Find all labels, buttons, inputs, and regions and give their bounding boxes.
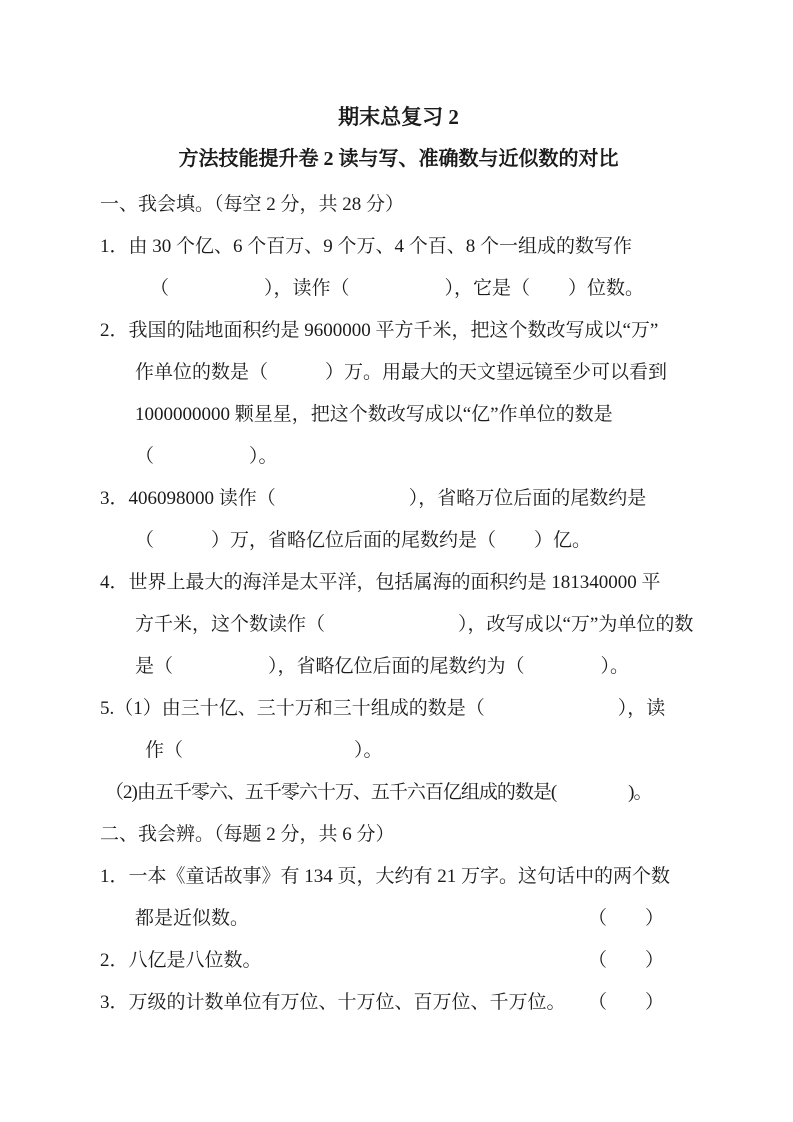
fill-q5-line-1: 5.（1）由三十亿、三十万和三十组成的数是（ ），读 xyxy=(100,688,697,730)
judge-q1-text: 都是近似数。 xyxy=(100,898,249,940)
doc-subtitle: 方法技能提升卷 2 读与写、准确数与近似数的对比 xyxy=(100,138,697,180)
judge-q1-line-2: 都是近似数。 （ ） xyxy=(100,898,697,940)
fill-q1-line-1: 1．由 30 个亿、6 个百万、9 个万、4 个百、8 个一组成的数写作 xyxy=(100,226,697,268)
fill-q2-line-3: 1000000000 颗星星，把这个数改写成以“亿”作单位的数是 xyxy=(100,394,697,436)
judge-q2-text: 2．八亿是八位数。 xyxy=(100,940,262,982)
fill-q3-line-1: 3．406098000 读作（ ），省略万位后面的尾数约是 xyxy=(100,478,697,520)
judge-q3-text: 3．万级的计数单位有万位、十万位、百万位、千万位。 xyxy=(100,982,566,1024)
worksheet-page: 期末总复习 2 方法技能提升卷 2 读与写、准确数与近似数的对比 一、我会填。（… xyxy=(0,0,793,1122)
judge-q1-answer-blank: （ ） xyxy=(588,898,664,940)
fill-q2-line-4: （ ）。 xyxy=(100,436,697,478)
section-judge-header: 二、我会辨。（每题 2 分，共 6 分） xyxy=(100,814,697,856)
judge-q3-line: 3．万级的计数单位有万位、十万位、百万位、千万位。 （ ） xyxy=(100,982,697,1024)
fill-q5-line-3: （2)由五千零六、五千零六十万、五千六百亿组成的数是( )。 xyxy=(100,772,697,814)
judge-q2-line: 2．八亿是八位数。 （ ） xyxy=(100,940,697,982)
fill-q2-line-1: 2．我国的陆地面积约是 9600000 平方千米，把这个数改写成以“万” xyxy=(100,310,697,352)
doc-title: 期末总复习 2 xyxy=(100,96,697,138)
fill-q1-line-2: （ ），读作（ ），它是（ ）位数。 xyxy=(100,268,697,310)
section-fill-header: 一、我会填。（每空 2 分，共 28 分） xyxy=(100,184,697,226)
judge-q3-answer-blank: （ ） xyxy=(588,982,664,1024)
fill-q4-line-3: 是（ ），省略亿位后面的尾数约为（ ）。 xyxy=(100,646,697,688)
judge-q1-line-1: 1．一本《童话故事》有 134 页，大约有 21 万字。这句话中的两个数 xyxy=(100,856,697,898)
fill-q4-line-1: 4．世界上最大的海洋是太平洋，包括属海的面积约是 181340000 平 xyxy=(100,562,697,604)
fill-q4-line-2: 方千米，这个数读作（ ），改写成以“万”为单位的数 xyxy=(100,604,697,646)
fill-q5-line-2: 作（ ）。 xyxy=(100,730,697,772)
judge-q2-answer-blank: （ ） xyxy=(588,940,664,982)
fill-q3-line-2: （ ）万，省略亿位后面的尾数约是（ ）亿。 xyxy=(100,520,697,562)
fill-q2-line-2: 作单位的数是（ ）万。用最大的天文望远镜至少可以看到 xyxy=(100,352,697,394)
